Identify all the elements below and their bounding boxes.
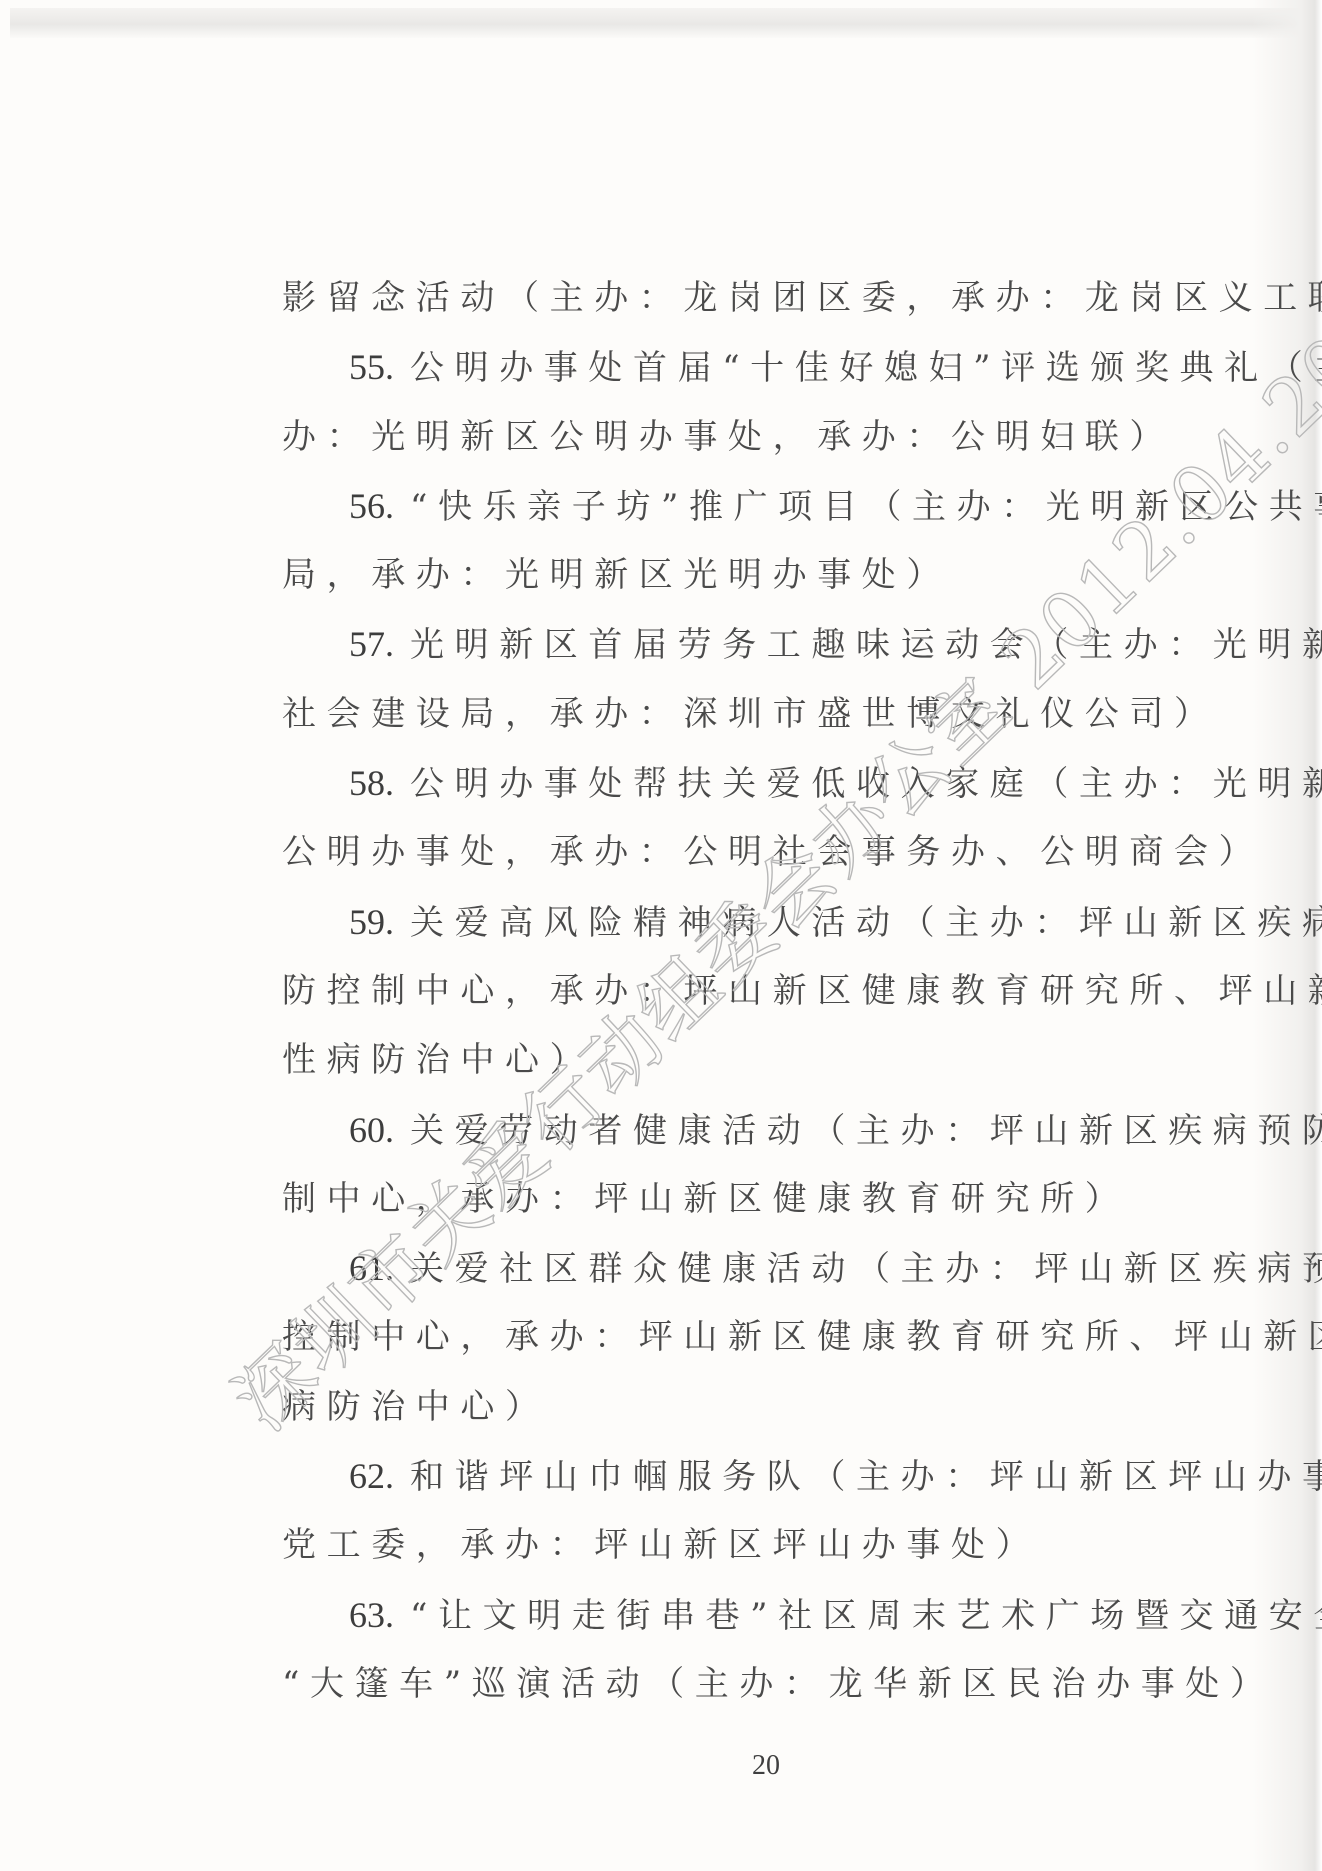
scan-top-shadow [10,8,1310,38]
line-text: 党工委，承办：坪山新区坪山办事处） [282,1525,1040,1565]
item-number: 56. [349,486,394,526]
text-line: 办：光明新区公明办事处，承办：公明妇联） [282,415,1262,484]
item-number: 60. [349,1110,394,1150]
text-line: 防控制中心，承办：坪山新区健康教育研究所、坪山新区慢 [282,969,1262,1038]
list-item-58: 58.公明办事处帮扶关爱低收入家庭（主办：光明新区 [282,761,1262,830]
text-line: 社会建设局，承办：深圳市盛世博文礼仪公司） [282,692,1262,761]
text-line: 影留念活动（主办：龙岗团区委，承办：龙岗区义工联） [282,276,1262,345]
line-text: 公明办事处帮扶关爱低收入家庭（主办：光明新区 [410,764,1322,804]
item-number: 61. [349,1248,394,1288]
line-text: 影留念活动（主办：龙岗团区委，承办：龙岗区义工联） [282,278,1322,318]
text-line: 公明办事处，承办：公明社会事务办、公明商会） [282,830,1262,899]
line-text: 病防治中心） [282,1387,550,1427]
text-line: 性病防治中心） [282,1038,1262,1107]
line-text: 关爱社区群众健康活动（主办：坪山新区疾病预防 [410,1249,1322,1289]
list-item-63: 63.“让文明走街串巷”社区周末艺术广场暨交通安全 [282,1593,1262,1662]
item-number: 59. [349,902,394,942]
item-number: 58. [349,763,394,803]
line-text: 光明新区首届劳务工趣味运动会（主办：光明新区 [410,625,1322,665]
text-line: 局，承办：光明新区光明办事处） [282,553,1262,622]
line-text: “快乐亲子坊”推广项目（主办：光明新区公共事业 [410,487,1322,527]
line-text: 关爱劳动者健康活动（主办：坪山新区疾病预防控 [410,1111,1322,1151]
list-item-57: 57.光明新区首届劳务工趣味运动会（主办：光明新区 [282,622,1262,691]
line-text: 性病防治中心） [282,1040,594,1080]
text-line: “大篷车”巡演活动（主办：龙华新区民治办事处） [282,1662,1262,1731]
document-page: 影留念活动（主办：龙岗团区委，承办：龙岗区义工联） 55.公明办事处首届“十佳好… [0,0,1322,1871]
list-item-56: 56.“快乐亲子坊”推广项目（主办：光明新区公共事业 [282,484,1262,553]
line-text: 防控制中心，承办：坪山新区健康教育研究所、坪山新区慢 [282,971,1322,1011]
list-item-62: 62.和谐坪山巾帼服务队（主办：坪山新区坪山办事处 [282,1454,1262,1523]
line-text: 关爱高风险精神病人活动（主办：坪山新区疾病预 [410,903,1322,943]
list-item-60: 60.关爱劳动者健康活动（主办：坪山新区疾病预防控 [282,1108,1262,1177]
line-text: 和谐坪山巾帼服务队（主办：坪山新区坪山办事处 [410,1457,1322,1497]
item-number: 62. [349,1456,394,1496]
document-body: 影留念活动（主办：龙岗团区委，承办：龙岗区义工联） 55.公明办事处首届“十佳好… [282,276,1262,1731]
text-line: 制中心，承办：坪山新区健康教育研究所） [282,1177,1262,1246]
item-number: 55. [349,347,394,387]
line-text: 办：光明新区公明办事处，承办：公明妇联） [282,417,1174,457]
list-item-61: 61.关爱社区群众健康活动（主办：坪山新区疾病预防 [282,1246,1262,1315]
line-text: “大篷车”巡演活动（主办：龙华新区民治办事处） [282,1664,1275,1704]
line-text: 制中心，承办：坪山新区健康教育研究所） [282,1179,1129,1219]
text-line: 病防治中心） [282,1385,1262,1454]
line-text: 公明办事处首届“十佳好媳妇”评选颁奖典礼（主 [410,348,1322,388]
line-text: “让文明走街串巷”社区周末艺术广场暨交通安全 [410,1596,1322,1636]
list-item-55: 55.公明办事处首届“十佳好媳妇”评选颁奖典礼（主 [282,345,1262,414]
text-line: 党工委，承办：坪山新区坪山办事处） [282,1523,1262,1592]
line-text: 公明办事处，承办：公明社会事务办、公明商会） [282,832,1263,872]
page-number: 20 [752,1750,780,1782]
list-item-59: 59.关爱高风险精神病人活动（主办：坪山新区疾病预 [282,900,1262,969]
line-text: 社会建设局，承办：深圳市盛世博文礼仪公司） [282,694,1219,734]
text-line: 控制中心，承办：坪山新区健康教育研究所、坪山新区慢性 [282,1315,1262,1384]
line-text: 控制中心，承办：坪山新区健康教育研究所、坪山新区慢性 [282,1317,1322,1357]
line-text: 局，承办：光明新区光明办事处） [282,555,951,595]
item-number: 57. [349,624,394,664]
item-number: 63. [349,1595,394,1635]
